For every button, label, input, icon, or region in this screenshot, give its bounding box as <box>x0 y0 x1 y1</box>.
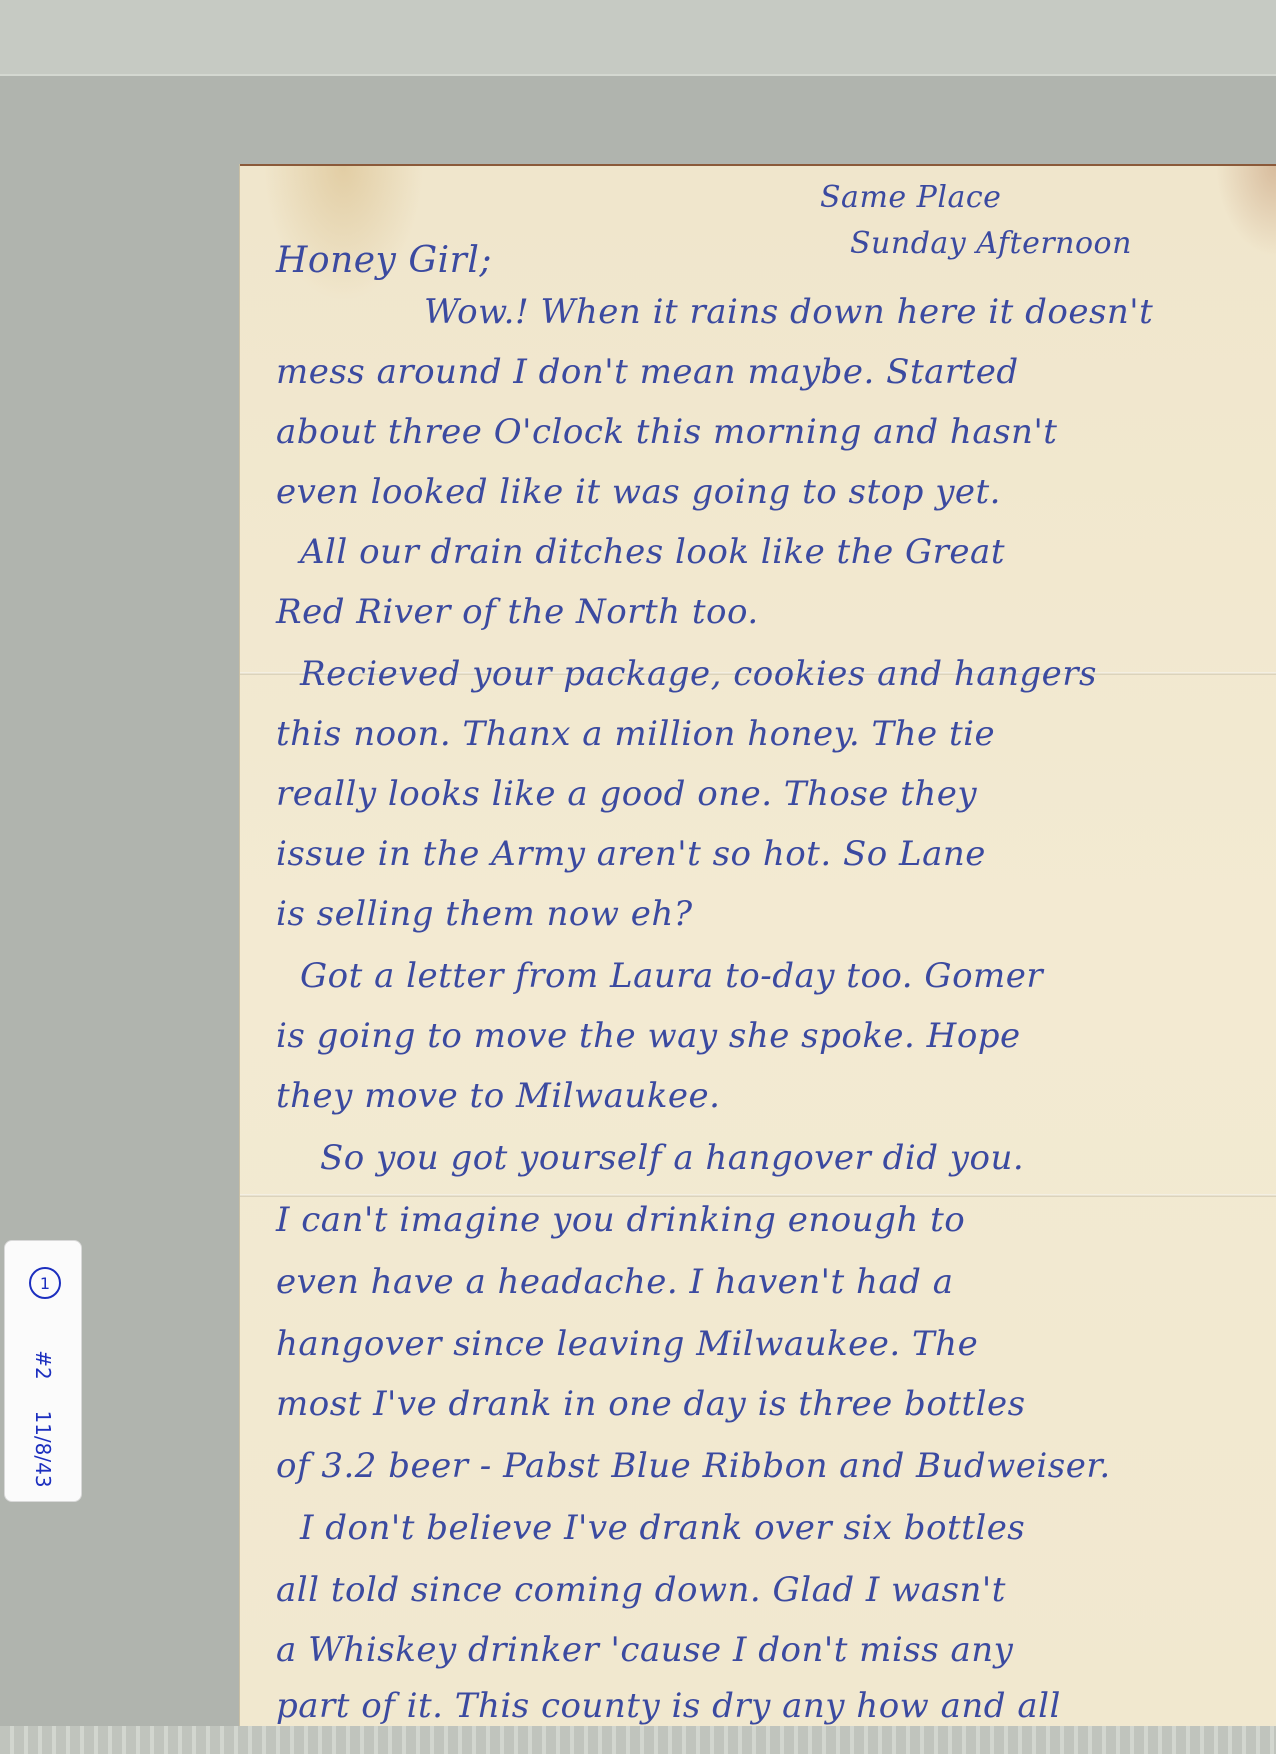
letter-line: of 3.2 beer - Pabst Blue Ribbon and Budw… <box>276 1446 1111 1486</box>
letter-line: even looked like it was going to stop ye… <box>276 472 1001 512</box>
letter-line: even have a headache. I haven't had a <box>276 1262 954 1302</box>
letter-line: mess around I don't mean maybe. Started <box>276 352 1019 392</box>
sleeve-edge <box>0 74 1276 76</box>
salutation: Honey Girl; <box>276 240 492 281</box>
letter-line: really looks like a good one. Those they <box>276 774 977 814</box>
letter-line: Got a letter from Laura to-day too. Gome… <box>300 956 1043 996</box>
letter-page: Same Place Sunday Afternoon Honey Girl; … <box>240 164 1276 1728</box>
letter-line: I don't believe I've drank over six bott… <box>300 1508 1025 1548</box>
letter-line: Red River of the North too. <box>276 592 759 632</box>
letter-line: they move to Milwaukee. <box>276 1076 720 1116</box>
letter-line: is going to move the way she spoke. Hope <box>276 1016 1021 1056</box>
letter-line: is selling them now eh? <box>276 894 693 934</box>
letter-line: issue in the Army aren't so hot. So Lane <box>276 834 986 874</box>
letter-line: Wow.! When it rains down here it doesn't <box>424 292 1153 332</box>
letter-line: So you got yourself a hangover did you. <box>320 1138 1024 1178</box>
page-number-circle: 1 <box>29 1267 61 1299</box>
letter-line: part of it. This county is dry any how a… <box>276 1686 1061 1726</box>
letter-line: I can't imagine you drinking enough to <box>276 1200 965 1240</box>
letter-line: most I've drank in one day is three bott… <box>276 1384 1026 1424</box>
letter-place: Same Place <box>820 180 1001 215</box>
scanner-sleeve-top <box>0 0 1276 75</box>
letter-line: Recieved your package, cookies and hange… <box>300 654 1097 694</box>
archive-date-code: 11/8/43 <box>31 1399 55 1499</box>
archive-item-number: #2 <box>31 1335 55 1395</box>
letter-line: about three O'clock this morning and has… <box>276 412 1057 452</box>
letter-line: All our drain ditches look like the Grea… <box>300 532 1005 572</box>
letter-date: Sunday Afternoon <box>850 226 1132 261</box>
scanner-sleeve-bottom <box>0 1726 1276 1754</box>
letter-line: this noon. Thanx a million honey. The ti… <box>276 714 995 754</box>
letter-line: a Whiskey drinker 'cause I don't miss an… <box>276 1630 1013 1670</box>
letter-line: all told since coming down. Glad I wasn'… <box>276 1570 1006 1610</box>
fold-crease <box>240 1194 1276 1197</box>
archive-label-tag: 1 #2 11/8/43 <box>4 1240 82 1502</box>
letter-line: hangover since leaving Milwaukee. The <box>276 1324 978 1364</box>
